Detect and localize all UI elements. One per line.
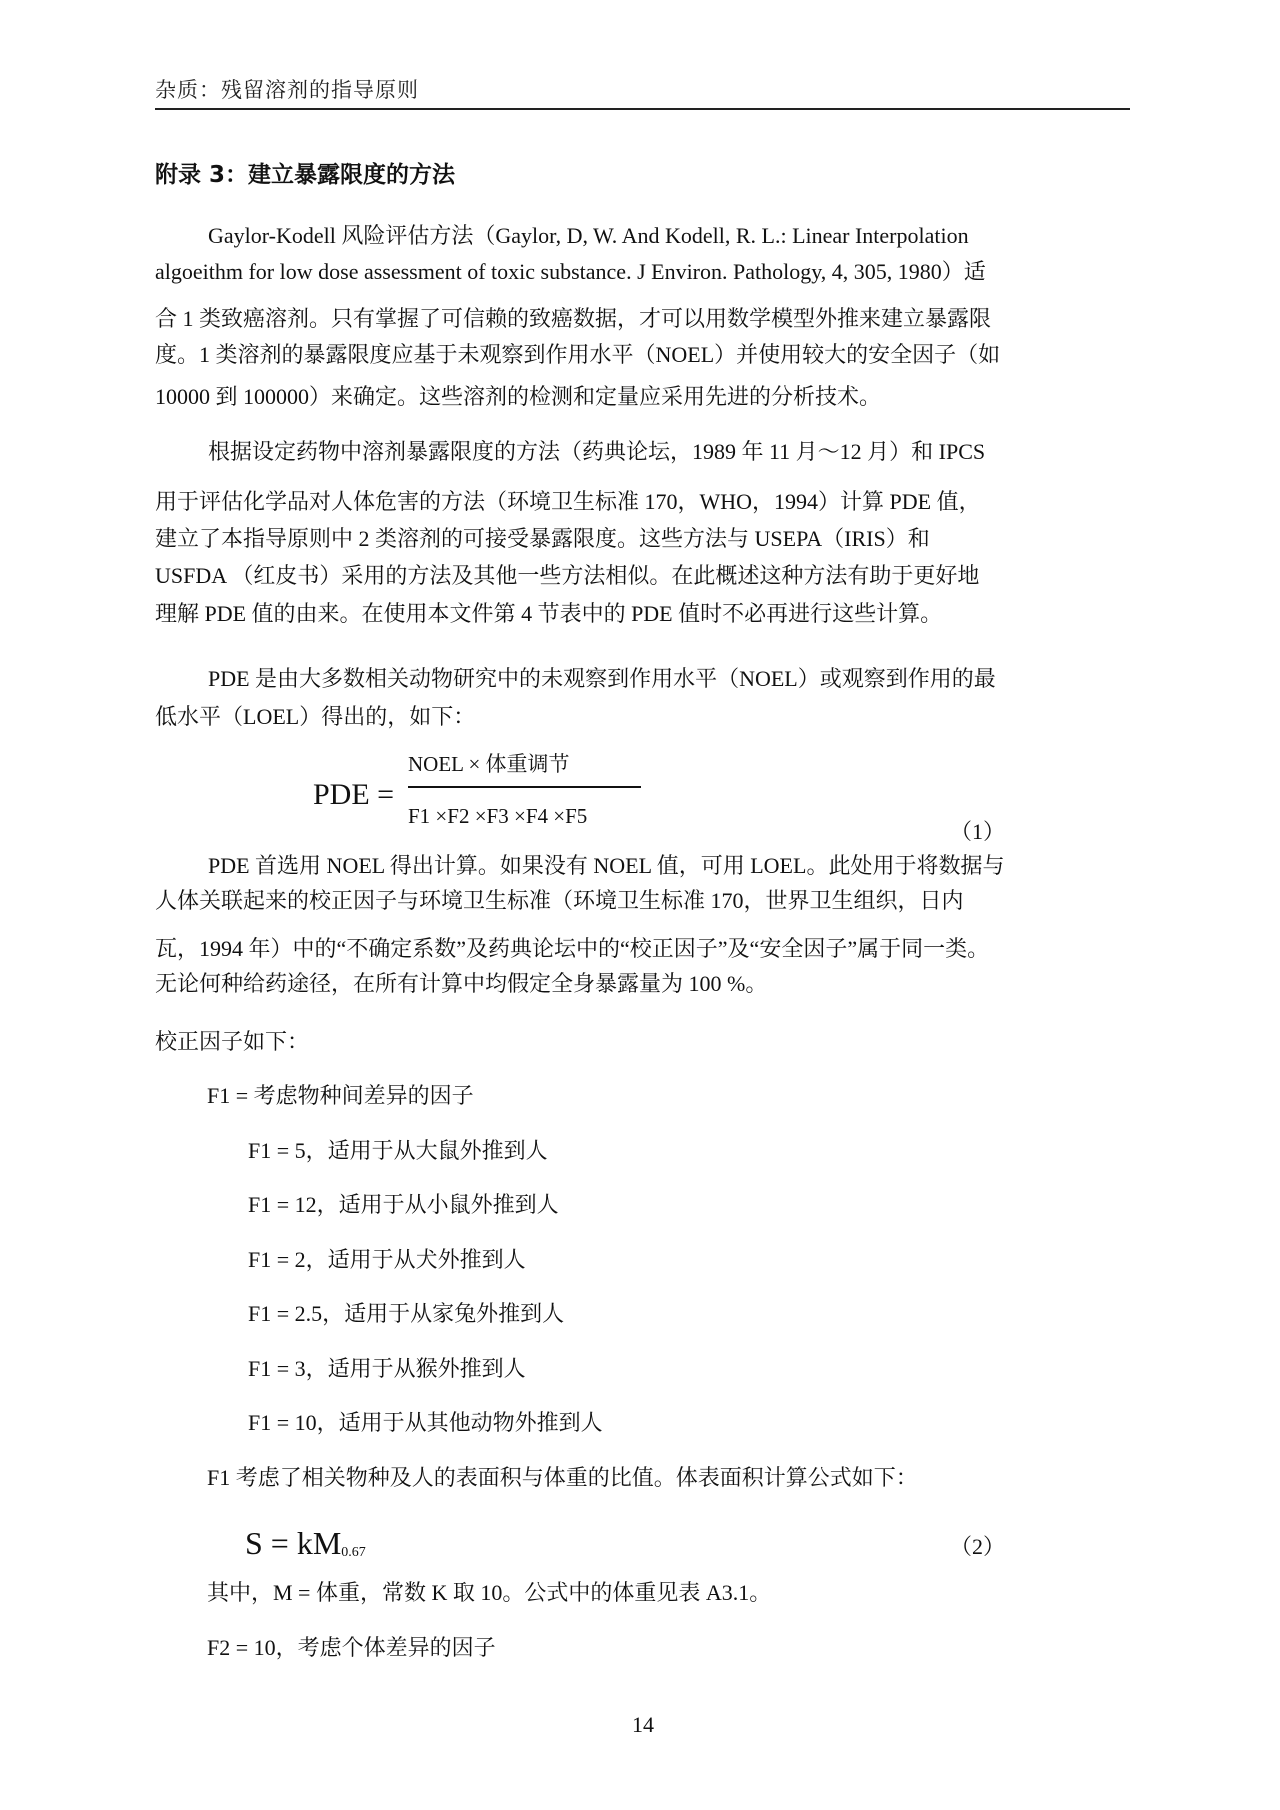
paragraph-4-line-2: 人体关联起来的校正因子与环境卫生标准（环境卫生标准 170，世界卫生组织，日内: [155, 887, 964, 915]
f1-item: F1 = 2，适用于从犬外推到人: [248, 1246, 526, 1274]
f1-item: F1 = 2.5，适用于从家兔外推到人: [248, 1300, 564, 1328]
f1-heading: F1 = 考虑物种间差异的因子: [207, 1082, 474, 1110]
formula2-base: S = kM: [245, 1525, 341, 1561]
f1-where: 其中，M = 体重，常数 K 取 10。公式中的体重见表 A3.1。: [207, 1579, 771, 1607]
formula-lhs: PDE =: [313, 778, 394, 812]
f1-note: F1 考虑了相关物种及人的表面积与体重的比值。体表面积计算公式如下：: [207, 1464, 918, 1492]
paragraph-1-line-5: 10000 到 100000）来确定。这些溶剂的检测和定量应采用先进的分析技术。: [155, 383, 881, 411]
page-number: 14: [632, 1712, 654, 1738]
f1-item: F1 = 10，适用于从其他动物外推到人: [248, 1409, 603, 1437]
paragraph-2-line-2: 用于评估化学品对人体危害的方法（环境卫生标准 170，WHO，1994）计算 P…: [155, 488, 981, 516]
surface-area-formula: S = kM0.67: [245, 1525, 366, 1562]
header-rule: [155, 108, 1130, 110]
document-page: 杂质：残留溶剂的指导原则 附录 3：建立暴露限度的方法 Gaylor-Kodel…: [0, 0, 1280, 1810]
paragraph-1-line-4: 度。1 类溶剂的暴露限度应基于未观察到作用水平（NOEL）并使用较大的安全因子（…: [155, 341, 1000, 369]
running-header: 杂质：残留溶剂的指导原则: [155, 74, 419, 104]
formula-denominator: F1 ×F2 ×F3 ×F4 ×F5: [408, 804, 587, 829]
equation-number-1: （1）: [950, 815, 1005, 846]
paragraph-1-line-2: algoeithm for low dose assessment of tox…: [155, 258, 986, 286]
paragraph-4-line-4: 无论何种给药途径，在所有计算中均假定全身暴露量为 100 %。: [155, 970, 767, 998]
paragraph-2-line-1: 根据设定药物中溶剂暴露限度的方法（药典论坛，1989 年 11 月～12 月）和…: [208, 438, 985, 466]
paragraph-1-line-1: Gaylor-Kodell 风险评估方法（Gaylor, D, W. And K…: [208, 222, 969, 250]
paragraph-2-line-3: 建立了本指导原则中 2 类溶剂的可接受暴露限度。这些方法与 USEPA（IRIS…: [155, 525, 930, 553]
f1-item: F1 = 5，适用于从大鼠外推到人: [248, 1137, 548, 1165]
f2-definition: F2 = 10，考虑个体差异的因子: [207, 1634, 496, 1662]
paragraph-2-line-4: USFDA （红皮书）采用的方法及其他一些方法相似。在此概述这种方法有助于更好地: [155, 562, 979, 590]
formula2-exponent: 0.67: [341, 1545, 366, 1560]
paragraph-4-line-3: 瓦，1994 年）中的“不确定系数”及药典论坛中的“校正因子”及“安全因子”属于…: [155, 935, 989, 963]
formula-numerator: NOEL × 体重调节: [408, 748, 570, 778]
f1-item: F1 = 3，适用于从猴外推到人: [248, 1355, 526, 1383]
paragraph-5: 校正因子如下：: [155, 1028, 309, 1056]
f1-item: F1 = 12，适用于从小鼠外推到人: [248, 1191, 559, 1219]
section-title: 附录 3：建立暴露限度的方法: [155, 161, 455, 189]
paragraph-2-line-5: 理解 PDE 值的由来。在使用本文件第 4 节表中的 PDE 值时不必再进行这些…: [155, 600, 942, 628]
paragraph-3-line-1: PDE 是由大多数相关动物研究中的未观察到作用水平（NOEL）或观察到作用的最: [208, 665, 996, 693]
paragraph-3-line-2: 低水平（LOEL）得出的，如下：: [155, 703, 475, 731]
fraction-bar: [408, 786, 641, 788]
paragraph-4-line-1: PDE 首选用 NOEL 得出计算。如果没有 NOEL 值，可用 LOEL。此处…: [208, 852, 1004, 880]
equation-number-2: （2）: [950, 1530, 1005, 1561]
paragraph-1-line-3: 合 1 类致癌溶剂。只有掌握了可信赖的致癌数据，才可以用数学模型外推来建立暴露限: [155, 305, 991, 333]
pde-formula: PDE = NOEL × 体重调节 F1 ×F2 ×F3 ×F4 ×F5: [313, 748, 693, 838]
